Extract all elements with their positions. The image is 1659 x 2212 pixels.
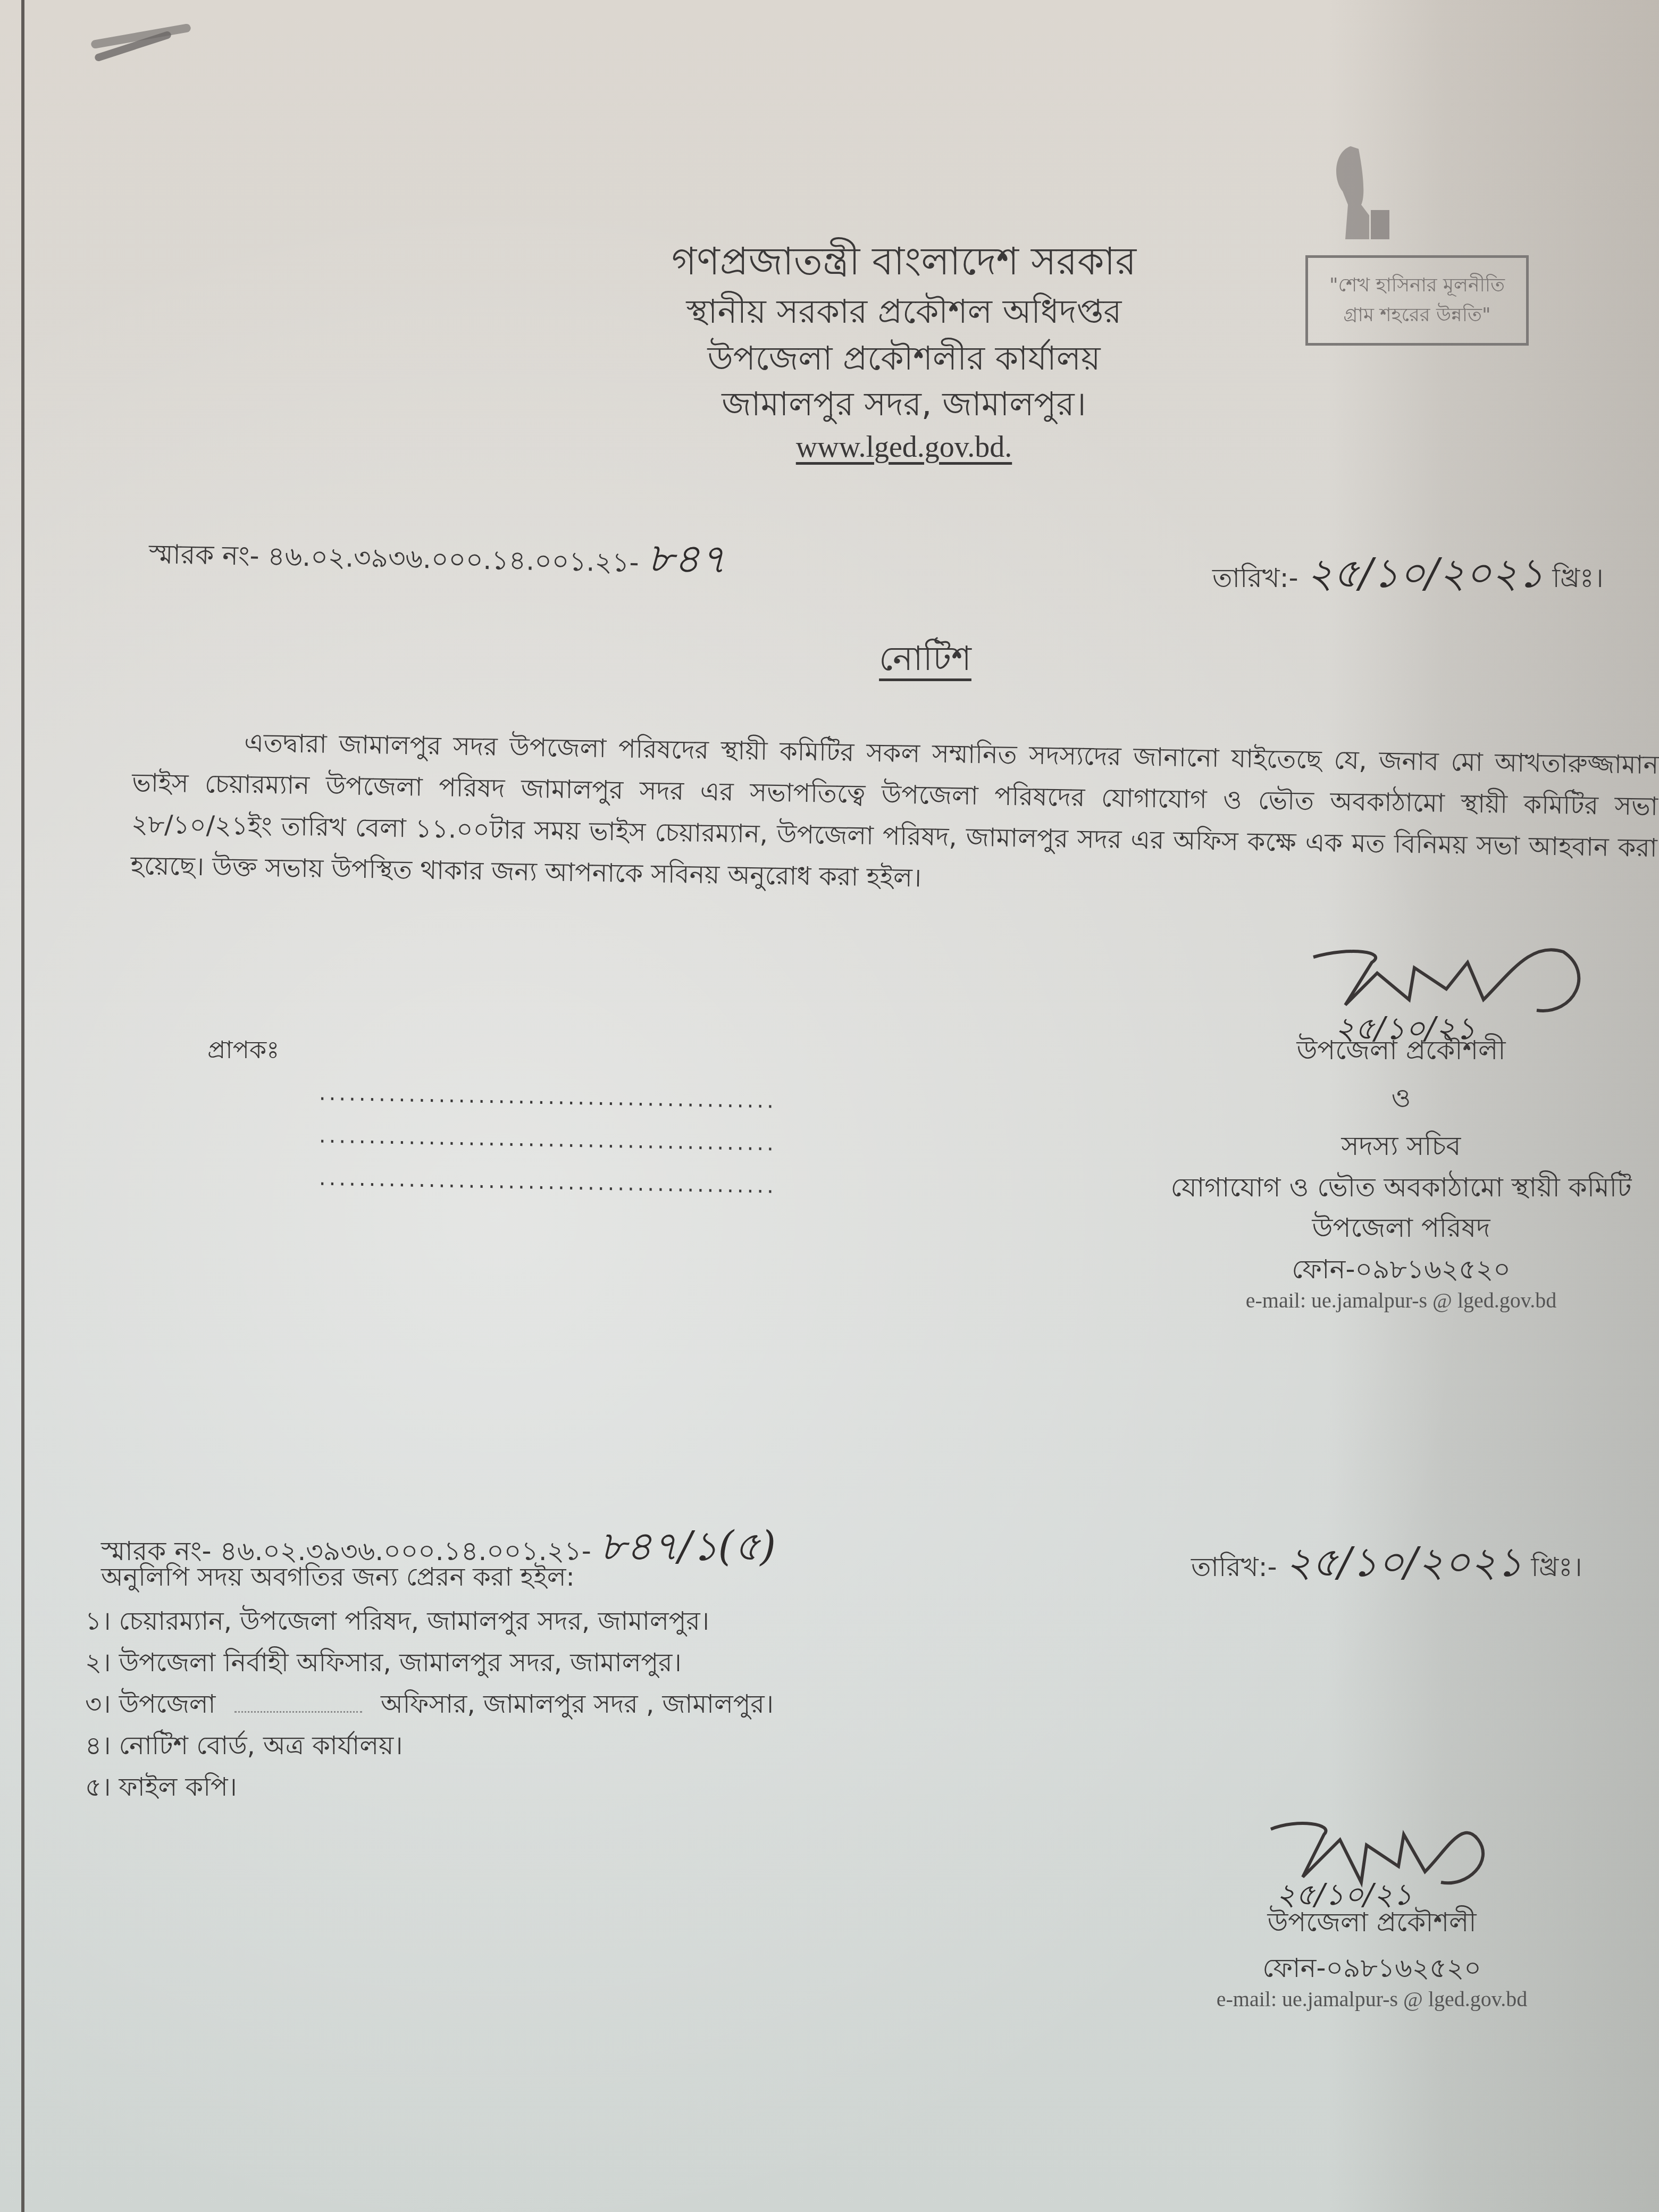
memo-number-row: স্মারক নং- ৪৬.০২.৩৯৩৬.০০০.১৪.০০১.২১- ৮৪৭ xyxy=(148,518,727,596)
memo-handwritten-number: ৮৪৭ xyxy=(647,534,727,583)
copy-item-number: ৩। xyxy=(85,1689,111,1719)
page-edge-line xyxy=(21,0,24,2212)
copy-item: ৩। উপজেলা অফিসার, জামালপুর সদর , জামালপু… xyxy=(85,1683,774,1725)
copy-item-number: ৫। xyxy=(85,1772,111,1802)
copy-item-text: নোটিশ বোর্ড, অত্র কার্যালয়। xyxy=(119,1731,403,1761)
copy-intro: অনুলিপি সদয় অবগতির জন্য প্রেরন করা হইল: xyxy=(101,1558,575,1600)
memo-label: স্মারক নং- xyxy=(148,539,259,572)
memo-date-row: তারিখ:- ২৫/১০/২০২১ খ্রিঃ। xyxy=(1212,542,1604,610)
office-address: জামালপুর সদর, জামালপুর। xyxy=(585,388,1223,421)
copy-item-text: উপজেলা নির্বাহী অফিসার, জামালপুর সদর, জা… xyxy=(119,1648,682,1678)
office-name: উপজেলা প্রকৌশলীর কার্যালয় xyxy=(585,342,1223,375)
copy-item-text-before: উপজেলা xyxy=(119,1689,216,1719)
portrait-icon xyxy=(1329,141,1393,242)
copy-item-number: ২। xyxy=(85,1648,111,1678)
memo-number: ৪৬.০২.৩৯৩৬.০০০.১৪.০০১.২১- xyxy=(267,541,639,578)
department-name: স্থানীয় সরকার প্রকৌশল অধিদপ্তর xyxy=(585,295,1223,328)
copy-date-suffix: খ্রিঃ। xyxy=(1531,1552,1582,1582)
copy-item-text: চেয়ারম্যান, উপজেলা পরিষদ, জামালপুর সদর,… xyxy=(119,1606,709,1636)
email-address-2[interactable]: e-mail: ue.jamalpur-s @ lged.gov.bd xyxy=(1170,1989,1574,2010)
copy-item: ১। চেয়ারম্যান, উপজেলা পরিষদ, জামালপুর স… xyxy=(85,1601,774,1642)
slogan-line-1: "শেখ হাসিনার মূলনীতি xyxy=(1329,271,1505,300)
notice-paragraph: এতদ্বারা জামালপুর সদর উপজেলা পরিষদের স্থ… xyxy=(130,720,1659,910)
copy-item-text-after: অফিসার, জামালপুর সদর , জামালপুর। xyxy=(381,1689,774,1719)
blank-fill-line[interactable] xyxy=(234,1711,362,1713)
copy-item-number: ৪। xyxy=(85,1731,111,1761)
date-handwritten: ২৫/১০/২০২১ xyxy=(1306,549,1544,597)
council-name: উপজেলা পরিষদ xyxy=(1143,1214,1659,1241)
copy-list: ১। চেয়ারম্যান, উপজেলা পরিষদ, জামালপুর স… xyxy=(85,1601,774,1808)
signatory-conjunction: ও xyxy=(1143,1085,1659,1111)
copy-date-handwritten: ২৫/১০/২০২১ xyxy=(1285,1538,1522,1586)
copy-date-row: তারিখ:- ২৫/১০/২০২১ খ্রিঃ। xyxy=(1191,1531,1582,1599)
phone-number: ফোন-০৯৮১৬২৫২০ xyxy=(1143,1256,1659,1283)
signature-block-2: উপজেলা প্রকৌশলী ফোন-০৯৮১৬২৫২০ e-mail: ue… xyxy=(1170,1909,1574,2010)
committee-name: যোগাযোগ ও ভৌত অবকাঠামো স্থায়ী কমিটি xyxy=(1143,1174,1659,1201)
copy-item-number: ১। xyxy=(85,1606,111,1636)
email-address[interactable]: e-mail: ue.jamalpur-s @ lged.gov.bd xyxy=(1143,1290,1659,1311)
notice-title: নোটিশ xyxy=(798,633,1053,690)
govt-title: গণপ্রজাতন্ত্রী বাংলাদেশ সরকার xyxy=(585,242,1223,280)
signatory-role: সদস্য সচিব xyxy=(1143,1133,1659,1159)
website-link[interactable]: www.lged.gov.bd. xyxy=(585,430,1223,464)
copy-date-label: তারিখ:- xyxy=(1191,1552,1277,1582)
copy-memo-handwritten: ৮৪৭/১(৫) xyxy=(600,1522,776,1570)
slogan-line-2: গ্রাম শহরের উন্নতি" xyxy=(1343,300,1490,330)
copy-item: ২। উপজেলা নির্বাহী অফিসার, জামালপুর সদর,… xyxy=(85,1642,774,1683)
date-label: তারিখ:- xyxy=(1212,563,1298,593)
copy-item: ৫। ফাইল কপি। xyxy=(85,1766,774,1808)
signatory-title: উপজেলা প্রকৌশলী xyxy=(1143,1037,1659,1063)
date-suffix: খ্রিঃ। xyxy=(1553,563,1604,593)
slogan-box: "শেখ হাসিনার মূলনীতি গ্রাম শহরের উন্নতি" xyxy=(1305,255,1529,346)
signature-block-1: উপজেলা প্রকৌশলী ও সদস্য সচিব যোগাযোগ ও ভ… xyxy=(1143,1037,1659,1311)
letterhead: গণপ্রজাতন্ত্রী বাংলাদেশ সরকার স্থানীয় স… xyxy=(585,242,1223,464)
phone-number-2: ফোন-০৯৮১৬২৫২০ xyxy=(1170,1955,1574,1981)
recipient-label: প্রাপকঃ xyxy=(207,1032,280,1072)
copy-item-text: ফাইল কপি। xyxy=(119,1772,237,1802)
copy-item: ৪। নোটিশ বোর্ড, অত্র কার্যালয়। xyxy=(85,1725,774,1766)
signatory-2-title: উপজেলা প্রকৌশলী xyxy=(1170,1909,1574,1935)
